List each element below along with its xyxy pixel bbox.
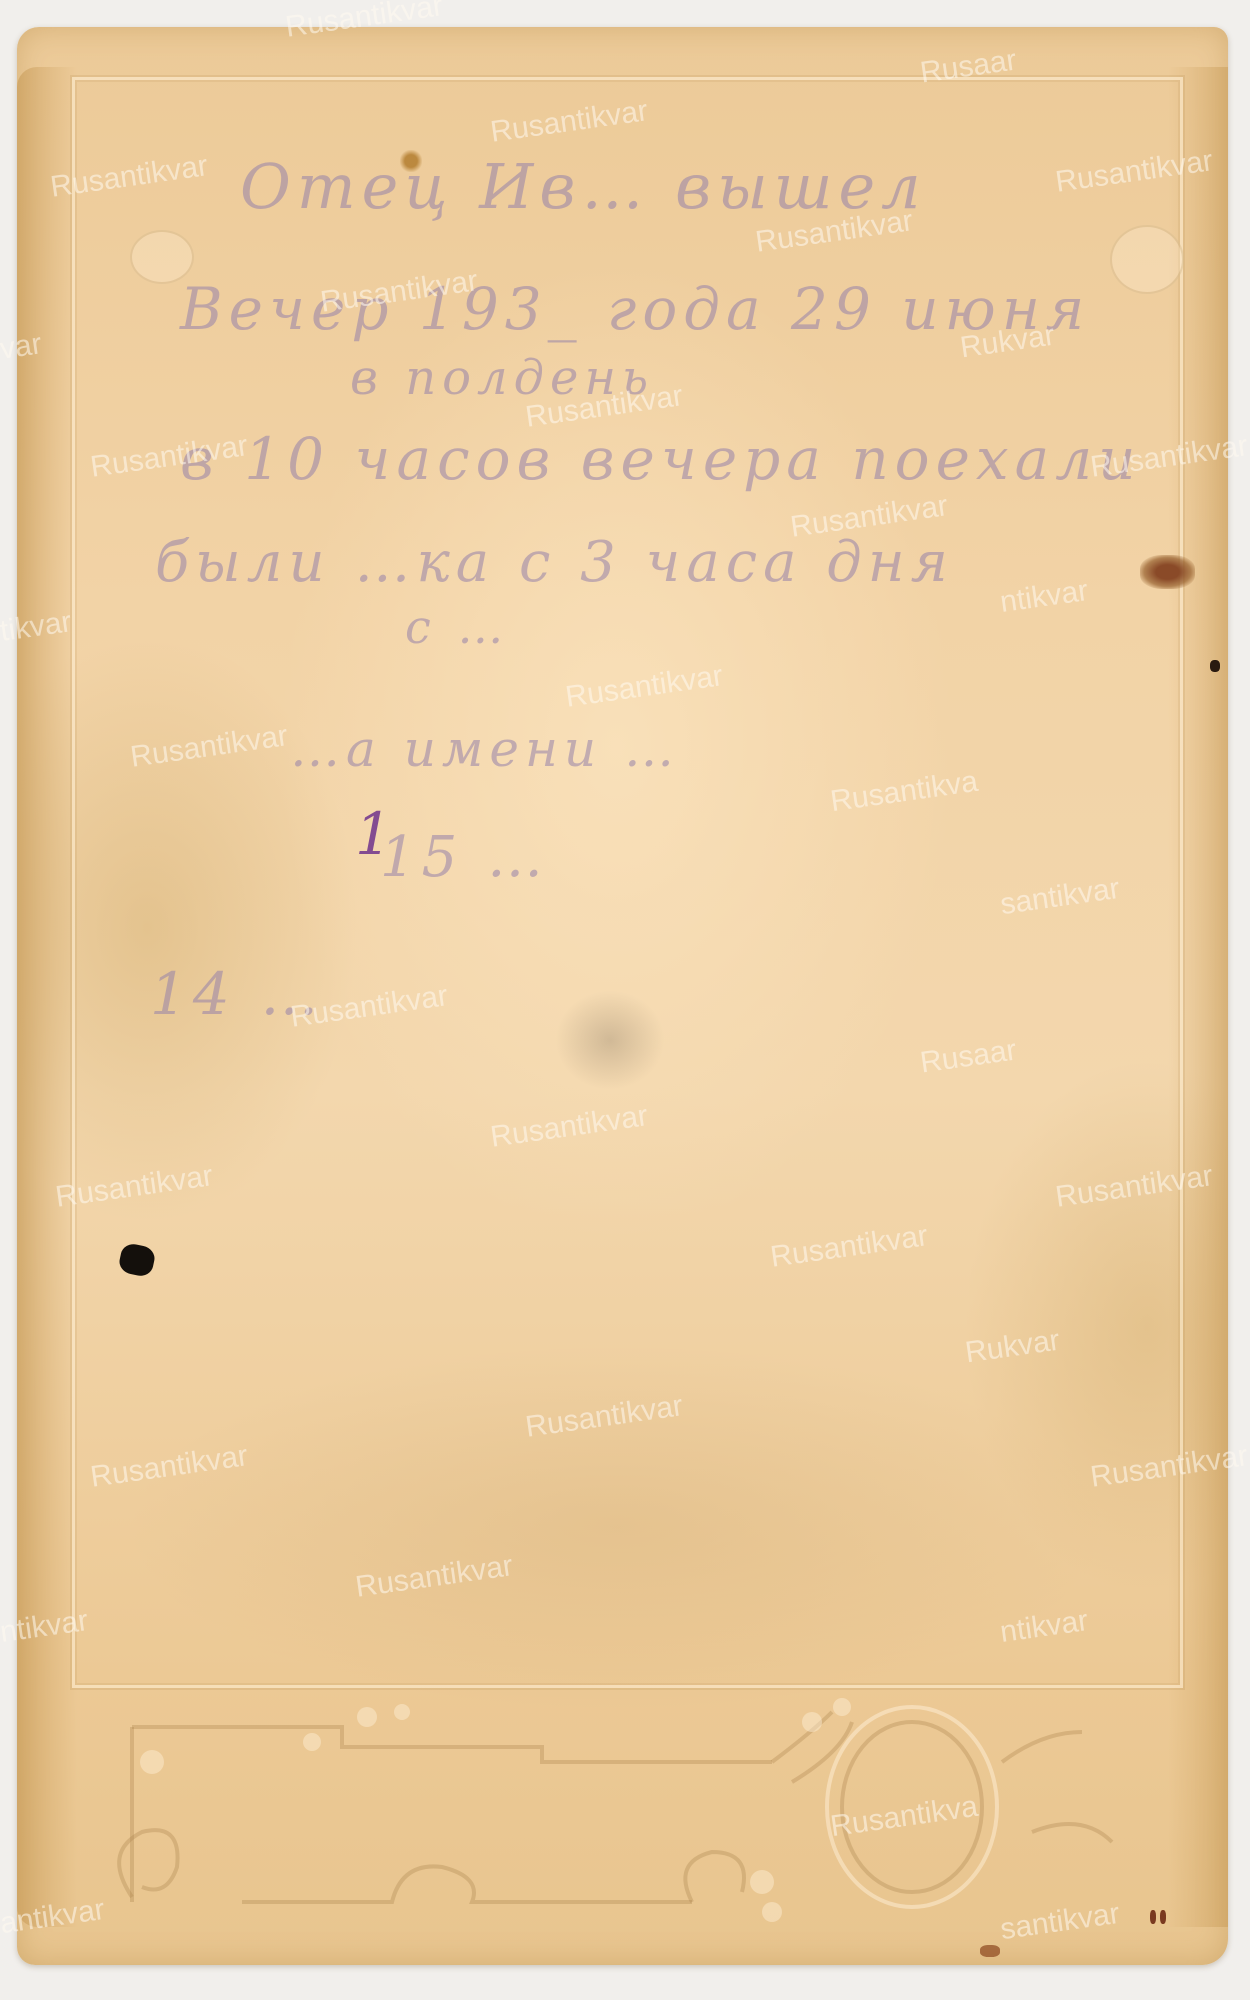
rust-dot	[1150, 1910, 1156, 1924]
violet-ink-mark: 1	[355, 800, 392, 868]
water-mark-ring	[1110, 225, 1184, 294]
water-mark-ring	[130, 230, 194, 284]
inscription-line-1: Отец Ив… вышел	[240, 150, 927, 223]
rust-dot	[1160, 1910, 1166, 1924]
embossed-ornament-border	[72, 1692, 1177, 1937]
inscription-line-2: Вечер 193_ года 29 июня	[180, 275, 1090, 343]
inscription-line-7: …а имени …	[290, 720, 680, 778]
inscription-line-6: с …	[405, 600, 509, 654]
dark-dot	[1210, 660, 1220, 672]
inscription-line-5: были …ка с 3 часа дня	[155, 530, 954, 595]
rust-dot	[980, 1945, 1000, 1957]
inscription-line-8: 15 …	[380, 825, 549, 890]
speckle-stain	[400, 150, 422, 172]
inscription-line-4: в 10 часов вечера поехали	[180, 425, 1142, 493]
rust-stain	[1140, 555, 1195, 589]
watermark: var	[0, 327, 44, 366]
ornament-scrollwork-icon	[72, 1692, 1177, 1937]
smudge	[555, 990, 665, 1090]
